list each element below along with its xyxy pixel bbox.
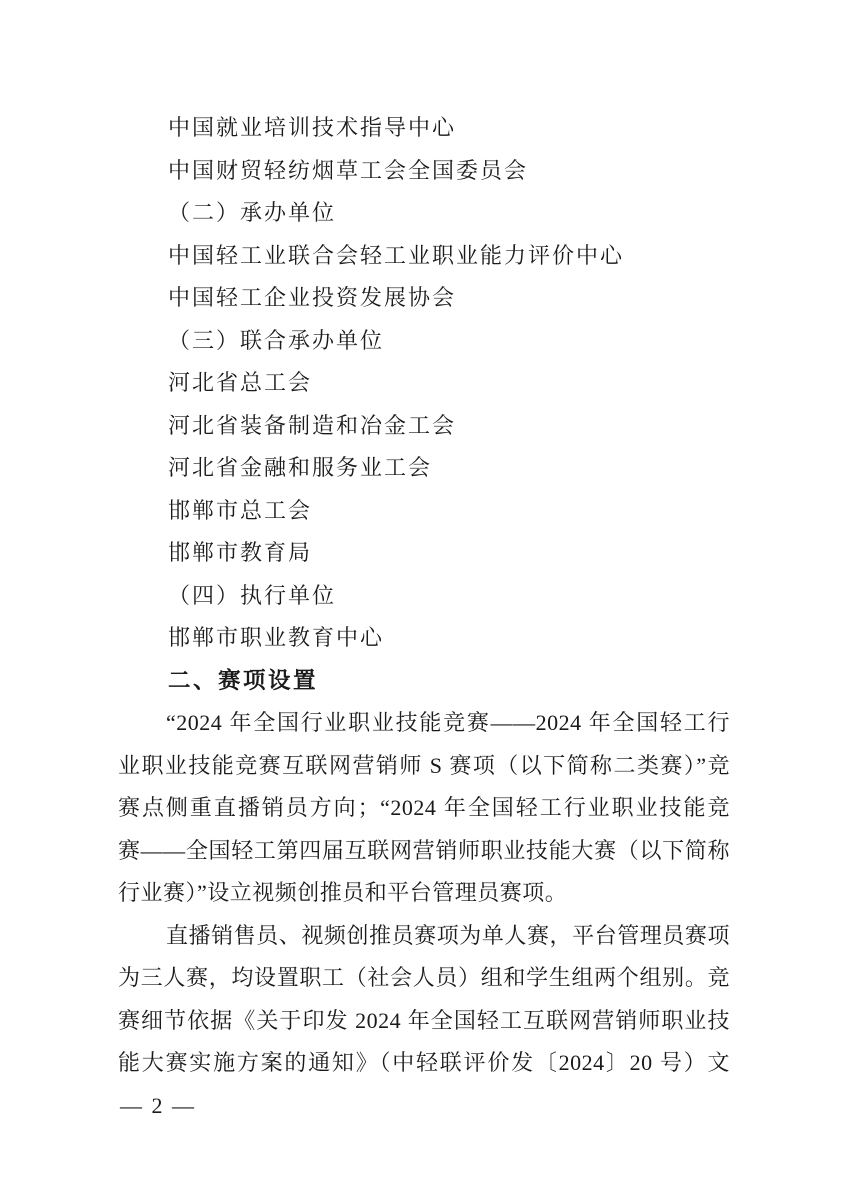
- paragraph-line: 行业赛）”设立视频创推员和平台管理员赛项。: [118, 872, 730, 915]
- unit-line: 河北省装备制造和冶金工会: [118, 405, 730, 448]
- unit-line: 河北省金融和服务业工会: [118, 447, 730, 490]
- paragraph-line: 赛点侧重直播销员方向；“2024 年全国轻工行业职业技能竞: [118, 787, 730, 830]
- section-heading-event-setup: 二、赛项设置: [118, 660, 730, 703]
- unit-line: 邯郸市教育局: [118, 532, 730, 575]
- unit-line: 中国轻工企业投资发展协会: [118, 277, 730, 320]
- paragraph-event-details: 直播销售员、视频创推员赛项为单人赛，平台管理员赛项 为三人赛，均设置职工（社会人…: [118, 915, 730, 1085]
- unit-line: 邯郸市职业教育中心: [118, 617, 730, 660]
- unit-line: 中国就业培训技术指导中心: [118, 107, 730, 150]
- paragraph-line: 能大赛实施方案的通知》（中轻联评价发〔2024〕20 号）文: [118, 1042, 730, 1085]
- paragraph-line: “2024 年全国行业职业技能竞赛——2024 年全国轻工行: [118, 702, 730, 745]
- unit-line: 邯郸市总工会: [118, 490, 730, 533]
- paragraph-competition-setup: “2024 年全国行业职业技能竞赛——2024 年全国轻工行 业职业技能竞赛互联…: [118, 702, 730, 915]
- page-number: — 2 —: [120, 1092, 196, 1120]
- paragraph-line: 直播销售员、视频创推员赛项为单人赛，平台管理员赛项: [118, 915, 730, 958]
- document-page: 中国就业培训技术指导中心 中国财贸轻纺烟草工会全国委员会 （二）承办单位 中国轻…: [0, 0, 848, 1200]
- paragraph-line: 为三人赛，均设置职工（社会人员）组和学生组两个组别。竞: [118, 957, 730, 1000]
- subsection-label-joint-undertaking-units: （三）联合承办单位: [118, 320, 730, 363]
- subsection-label-executing-units: （四）执行单位: [118, 575, 730, 618]
- unit-line: 河北省总工会: [118, 362, 730, 405]
- document-body: 中国就业培训技术指导中心 中国财贸轻纺烟草工会全国委员会 （二）承办单位 中国轻…: [118, 107, 730, 1085]
- paragraph-line: 赛——全国轻工第四届互联网营销师职业技能大赛（以下简称: [118, 830, 730, 873]
- subsection-label-undertaking-units: （二）承办单位: [118, 192, 730, 235]
- paragraph-line: 赛细节依据《关于印发 2024 年全国轻工互联网营销师职业技: [118, 1000, 730, 1043]
- organizer-unit-list: 中国就业培训技术指导中心 中国财贸轻纺烟草工会全国委员会 （二）承办单位 中国轻…: [118, 107, 730, 660]
- unit-line: 中国财贸轻纺烟草工会全国委员会: [118, 150, 730, 193]
- unit-line: 中国轻工业联合会轻工业职业能力评价中心: [118, 235, 730, 278]
- paragraph-line: 业职业技能竞赛互联网营销师 S 赛项（以下简称二类赛）”竞: [118, 745, 730, 788]
